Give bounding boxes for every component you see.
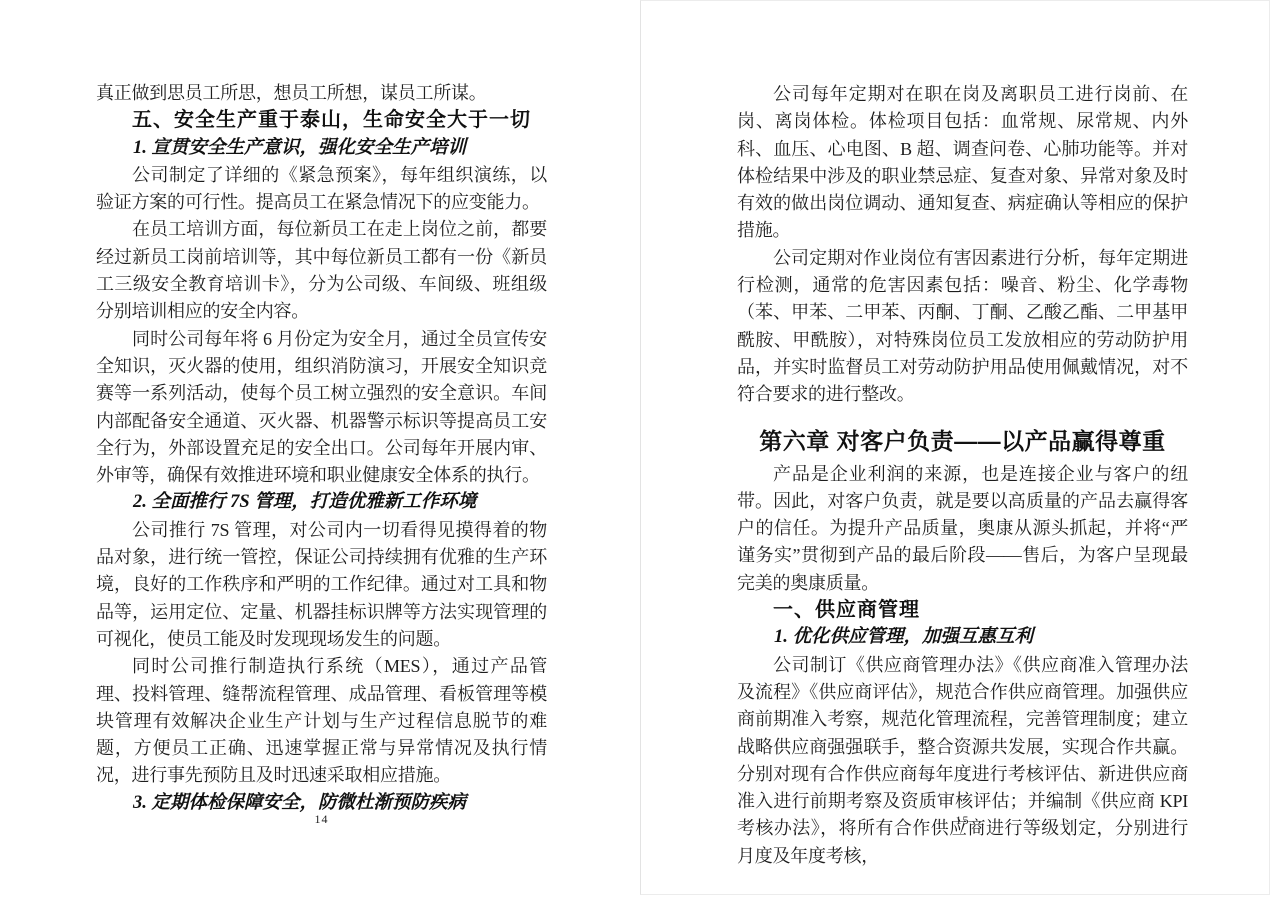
paragraph: 公司推行 7S 管理，对公司内一切看得见摸得着的物品对象，进行统一管控，保证公司…	[96, 517, 547, 653]
numbered-subheading: 1. 优化供应管理，加强互惠互利	[737, 624, 1188, 651]
page-right-text-column: 公司每年定期对在职在岗及离职员工进行岗前、在岗、离岗体检。体检项目包括：血常规、…	[737, 81, 1188, 870]
section-heading: 五、安全生产重于泰山，生命安全大于一切	[96, 107, 547, 134]
page-left-text-column: 真正做到思员工所思，想员工所想，谋员工所谋。 五、安全生产重于泰山，生命安全大于…	[96, 80, 547, 817]
page-left: 真正做到思员工所思，想员工所想，谋员工所谋。 五、安全生产重于泰山，生命安全大于…	[0, 0, 638, 905]
paragraph: 公司制订《供应商管理办法》《供应商准入管理办法及流程》《供应商评估》，规范合作供…	[737, 652, 1188, 870]
paragraph: 真正做到思员工所思，想员工所想，谋员工所谋。	[96, 80, 547, 107]
section-heading: 一、供应商管理	[737, 597, 1188, 624]
paragraph: 公司制定了详细的《紧急预案》，每年组织演练，以验证方案的可行性。提高员工在紧急情…	[96, 162, 547, 217]
paragraph: 公司定期对作业岗位有害因素进行分析，每年定期进行检测，通常的危害因素包括：噪音、…	[737, 245, 1188, 409]
paragraph: 同时公司每年将 6 月份定为安全月，通过全员宣传安全知识，灭火器的使用，组织消防…	[96, 326, 547, 490]
paragraph: 同时公司推行制造执行系统（MES），通过产品管理、投料管理、缝帮流程管理、成品管…	[96, 653, 547, 789]
document-spread: 真正做到思员工所思，想员工所想，谋员工所谋。 五、安全生产重于泰山，生命安全大于…	[0, 0, 1280, 905]
numbered-subheading: 1. 宣贯安全生产意识，强化安全生产培训	[96, 135, 547, 162]
page-number: 15	[737, 813, 1188, 828]
paragraph: 公司每年定期对在职在岗及离职员工进行岗前、在岗、离岗体检。体检项目包括：血常规、…	[737, 81, 1188, 245]
paragraph: 在员工培训方面，每位新员工在走上岗位之前，都要经过新员工岗前培训等，其中每位新员…	[96, 216, 547, 325]
chapter-heading: 第六章 对客户负责——以产品赢得尊重	[737, 422, 1188, 461]
numbered-subheading: 2. 全面推行 7S 管理，打造优雅新工作环境	[96, 489, 547, 516]
page-number: 14	[96, 812, 547, 827]
page-right: 公司每年定期对在职在岗及离职员工进行岗前、在岗、离岗体检。体检项目包括：血常规、…	[640, 0, 1270, 895]
paragraph: 产品是企业利润的来源，也是连接企业与客户的纽带。因此，对客户负责，就是要以高质量…	[737, 461, 1188, 597]
